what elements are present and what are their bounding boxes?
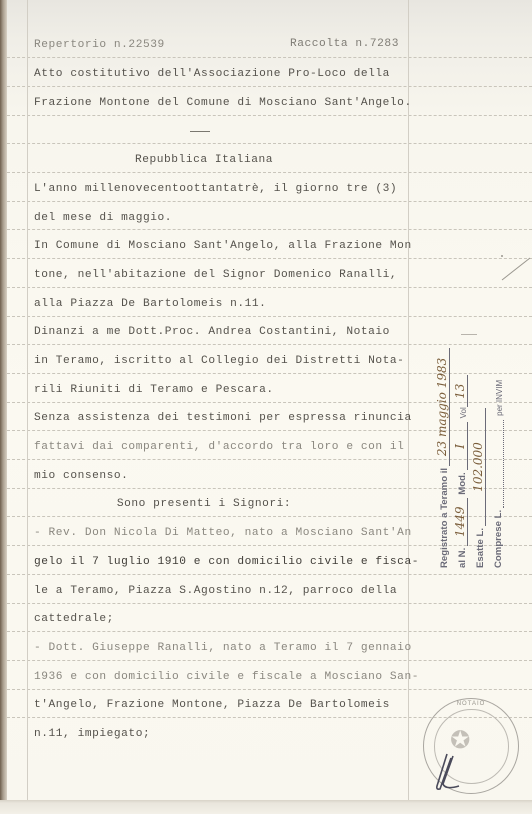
registration-mod: I [453, 422, 468, 470]
body-line: del mese di maggio. [34, 211, 172, 225]
party-line: - Rev. Don Nicola Di Matteo, nato a Mosc… [34, 526, 412, 540]
party-line: - Dott. Giuseppe Ranalli, nato a Teramo … [34, 641, 412, 655]
registration-date: 23 maggio 1983 [435, 348, 450, 466]
body-line: tone, nell'abitazione del Signor Domenic… [34, 268, 397, 282]
body-line: In Comune di Mosciano Sant'Angelo, alla … [34, 239, 412, 253]
registration-vol-label: Vol [459, 407, 468, 422]
ruled-line [7, 660, 532, 661]
registration-row-3: Esatte L. 102.000 [468, 328, 486, 568]
registration-mod-label: Mod. [457, 470, 468, 497]
party-line: le a Teramo, Piazza S.Agostino n.12, par… [34, 584, 397, 598]
ruled-line [7, 115, 532, 116]
page-bottom-edge [0, 800, 532, 814]
body-line: fattavi dai comparenti, d'accordo tra lo… [34, 440, 404, 454]
ruled-line [7, 86, 532, 87]
title-line-2: Frazione Montone del Comune di Mosciano … [34, 96, 412, 110]
party-line: n.11, impiegato; [34, 727, 150, 741]
pencil-mark-icon [500, 254, 532, 284]
registration-number: 1449 [453, 498, 468, 546]
party-line: gelo il 7 luglio 1910 e con domicilio ci… [34, 555, 419, 569]
registration-label: Registrato a Teramo il [439, 466, 450, 568]
ruled-line [7, 57, 532, 58]
body-line: L'anno millenovecentoottantatrè, il gior… [34, 182, 397, 196]
ruled-line [7, 631, 532, 632]
title-line-1: Atto costitutivo dell'Associazione Pro-L… [34, 67, 390, 81]
ruled-line [7, 603, 532, 604]
body-line: rili Riuniti di Teramo e Pescara. [34, 383, 274, 397]
party-line: 1936 e con domicilio civile e fiscale a … [34, 670, 419, 684]
registration-stamp: Registrato a Teramo il 23 maggio 1983 al… [432, 328, 512, 568]
body-line: Senza assistenza dei testimoni per espre… [34, 411, 412, 425]
ruled-line [7, 172, 532, 173]
separator-dash [190, 131, 210, 132]
party-line: cattedrale; [34, 612, 114, 626]
body-line: alla Piazza De Bartolomeis n.11. [34, 297, 266, 311]
registration-amount: 102.000 [471, 408, 486, 526]
registration-row-4: Comprese L. per INVIM [486, 328, 504, 568]
signature-icon [433, 752, 463, 792]
registration-row-1: Registrato a Teramo il 23 maggio 1983 [432, 328, 450, 568]
ruled-line [7, 258, 532, 259]
ruled-line [7, 689, 532, 690]
binding-edge [0, 0, 7, 814]
heading-repubblica: Repubblica Italiana [0, 153, 408, 167]
registration-comprese-label: Comprese L. [493, 508, 504, 568]
subheading-parties: Sono presenti i Signori: [0, 497, 408, 511]
registration-row-2: al N. 1449 Mod. I Vol 13 [450, 328, 468, 568]
left-margin-line [27, 0, 28, 800]
body-line: mio consenso. [34, 469, 128, 483]
registration-vol: 13 [453, 375, 468, 407]
ruled-line [7, 201, 532, 202]
raccolta-number: Raccolta n.7283 [290, 38, 399, 50]
repertorio-number: Repertorio n.22539 [34, 38, 165, 52]
ruled-line [7, 287, 532, 288]
party-line: t'Angelo, Frazione Montone, Piazza De Ba… [34, 698, 390, 712]
seal-text: NOTAIO [424, 701, 518, 707]
registration-esatte-label: Esatte L. [475, 526, 486, 568]
ruled-line [7, 316, 532, 317]
registration-invim-label: per INVIM [495, 380, 504, 420]
ruled-line [7, 143, 532, 144]
registration-number-label: al N. [457, 546, 468, 568]
body-line: Dinanzi a me Dott.Proc. Andrea Costantin… [34, 325, 390, 339]
body-line: in Teramo, iscritto al Collegio dei Dist… [34, 354, 404, 368]
ruled-line [7, 574, 532, 575]
ruled-line [7, 229, 532, 230]
